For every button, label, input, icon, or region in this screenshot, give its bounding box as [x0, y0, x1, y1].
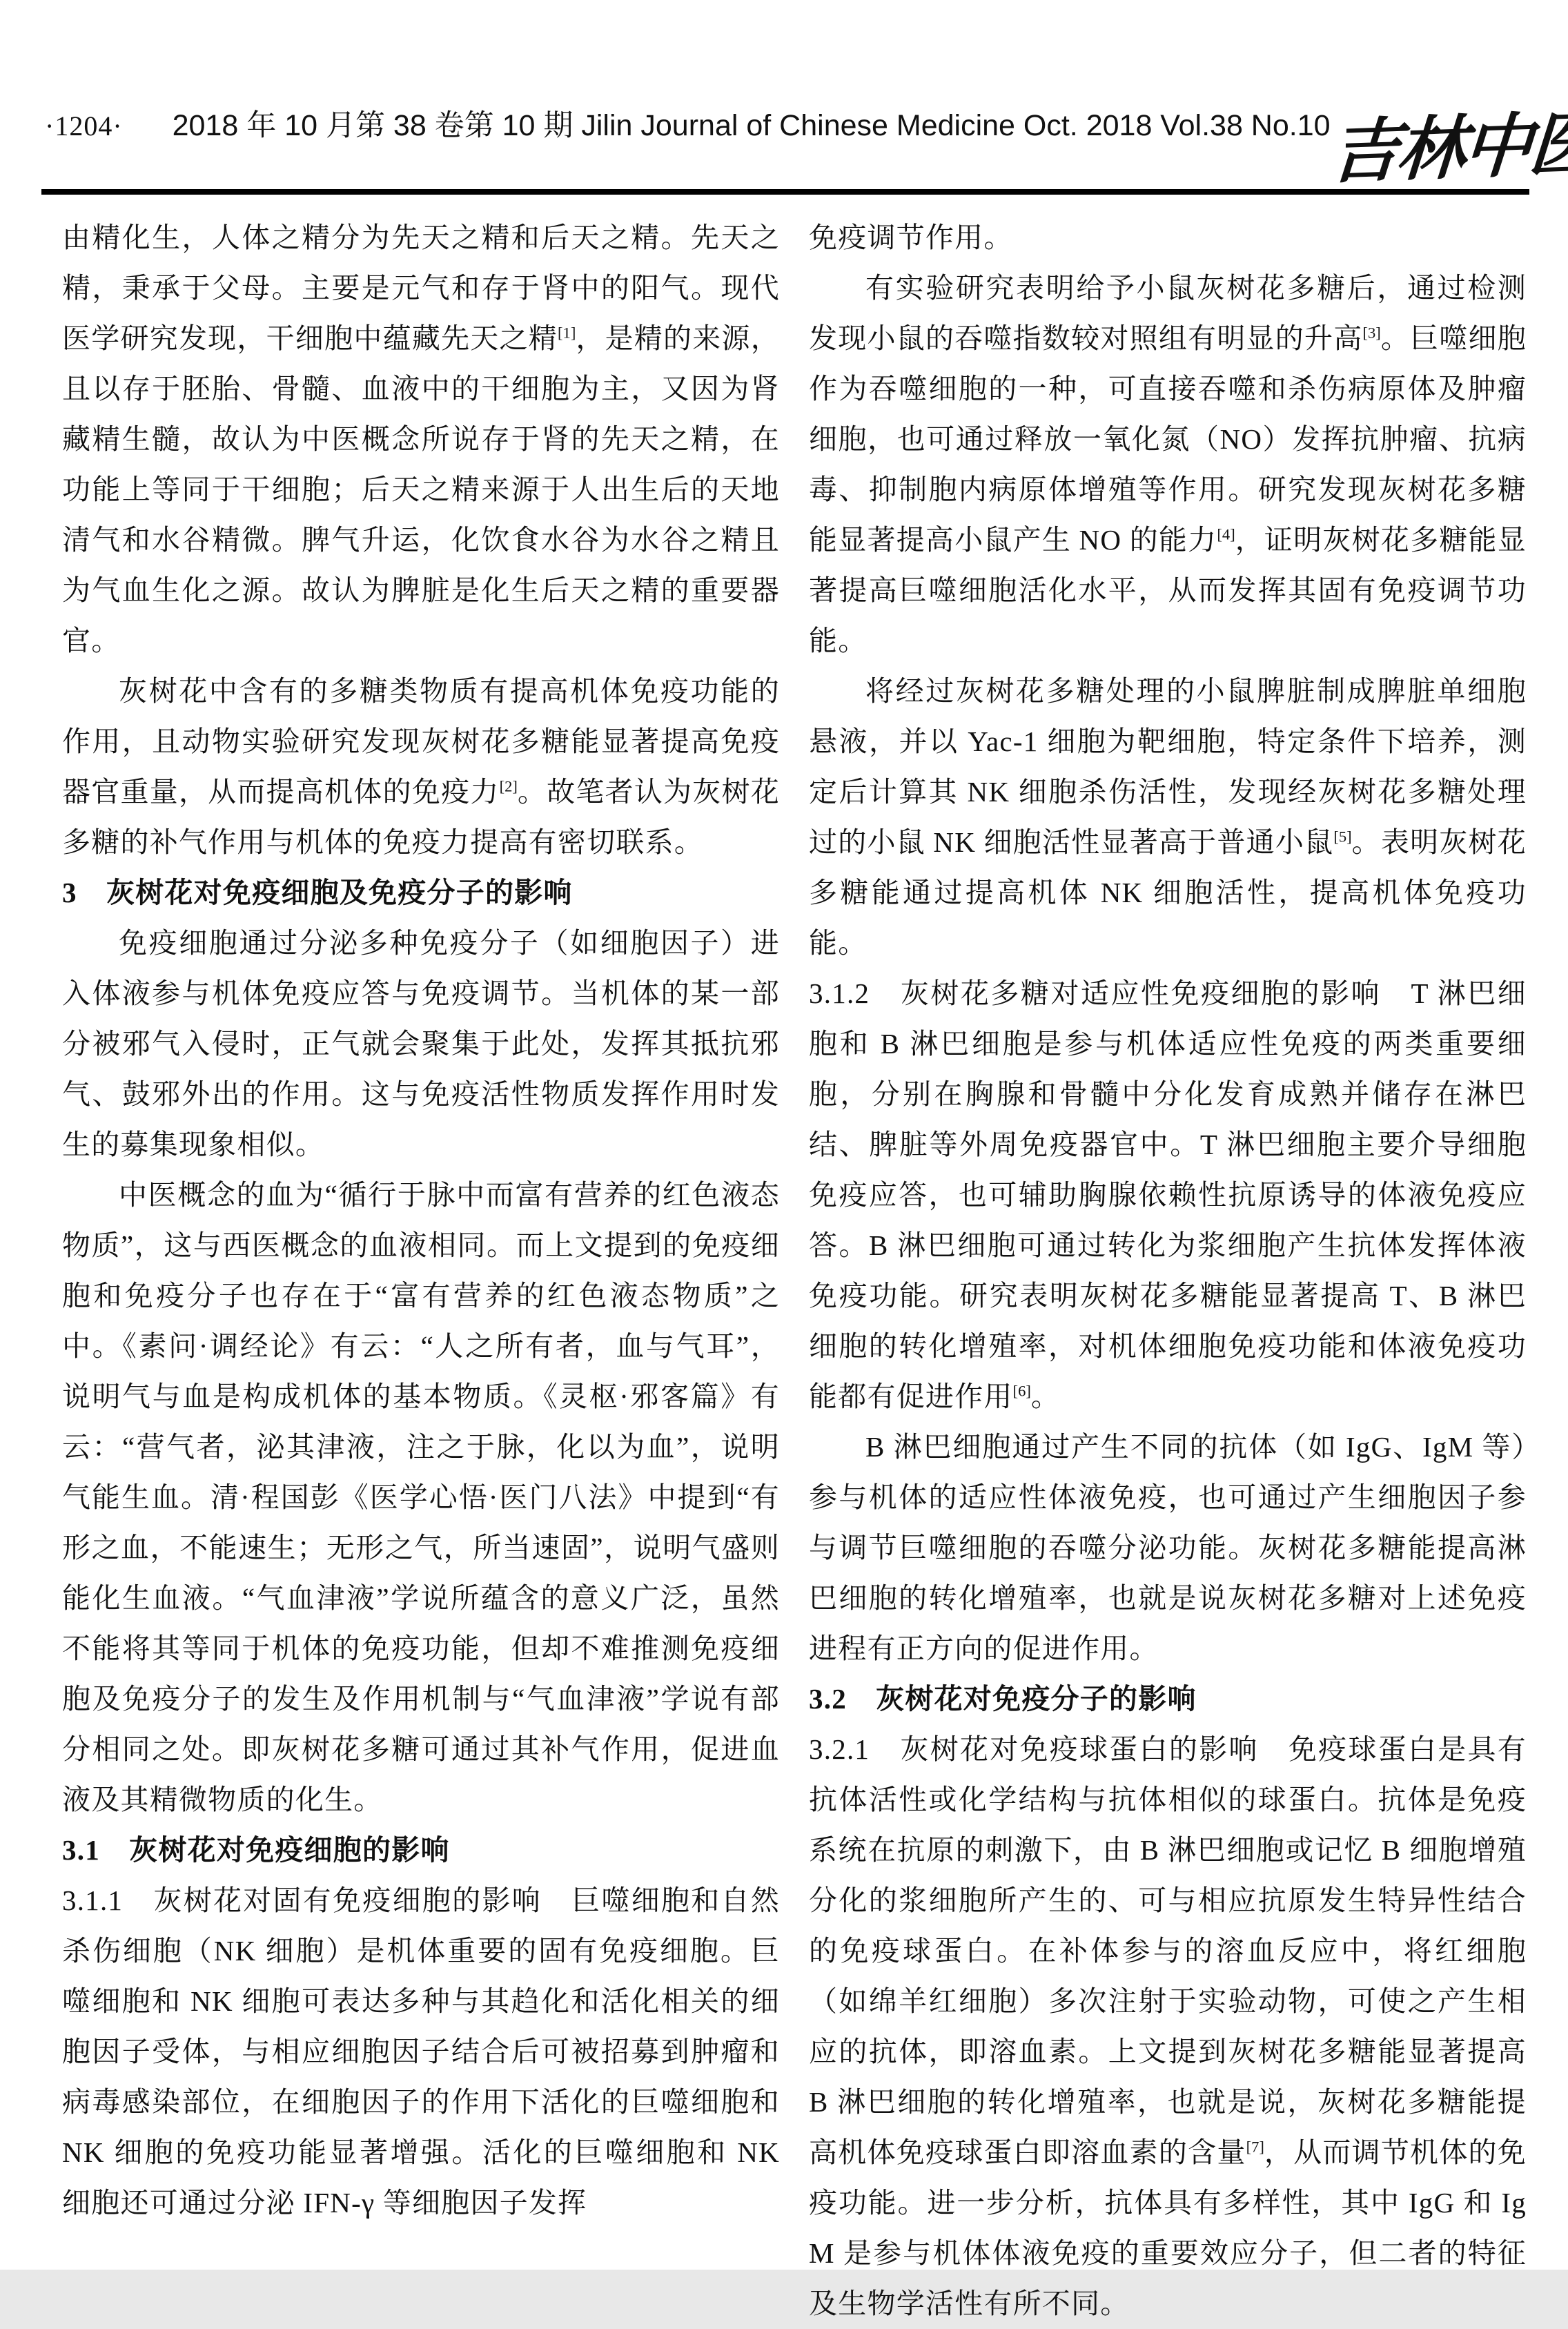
- paragraph: 灰树花中含有的多糖类物质有提高机体免疫功能的作用，且动物实验研究发现灰树花多糖能…: [62, 666, 780, 868]
- reference-superscript: [1]: [558, 324, 576, 341]
- paragraph: B 淋巴细胞通过产生不同的抗体（如 IgG、IgM 等）参与机体的适应性体液免疫…: [809, 1422, 1527, 1674]
- reference-superscript: [2]: [500, 777, 518, 795]
- reference-superscript: [4]: [1217, 525, 1235, 543]
- paragraph: 免疫细胞通过分泌多种免疫分子（如细胞因子）进入体液参与机体免疫应答与免疫调节。当…: [62, 918, 780, 1170]
- paragraph: 免疫调节作用。: [809, 213, 1527, 263]
- paragraph: 中医概念的血为“循行于脉中而富有营养的红色液态物质”，这与西医概念的血液相同。而…: [62, 1170, 780, 1825]
- reference-superscript: [3]: [1363, 324, 1381, 341]
- journal-logo-calligraphy: 吉林中医药: [1328, 106, 1568, 186]
- article-body: 由精化生，人体之精分为先天之精和后天之精。先天之精，秉承于父母。主要是元气和存于…: [62, 213, 1528, 2329]
- reference-superscript: [5]: [1333, 828, 1351, 845]
- journal-info: 2018 年 10 月第 38 卷第 10 期 Jilin Journal of…: [173, 102, 1331, 144]
- paragraph: 3.2.1 灰树花对免疫球蛋白的影响 免疫球蛋白是具有抗体活性或化学结构与抗体相…: [809, 1724, 1527, 2329]
- paragraph: 将经过灰树花多糖处理的小鼠脾脏制成脾脏单细胞悬液，并以 Yac-1 细胞为靶细胞…: [809, 666, 1527, 968]
- paragraph: 3.1.1 灰树花对固有免疫细胞的影响 巨噬细胞和自然杀伤细胞（NK 细胞）是机…: [62, 1875, 780, 2228]
- section-heading: 3.2 灰树花对免疫分子的影响: [809, 1674, 1527, 1724]
- reference-superscript: [6]: [1013, 1382, 1031, 1399]
- column-right: 免疫调节作用。有实验研究表明给予小鼠灰树花多糖后，通过检测发现小鼠的吞噬指数较对…: [809, 213, 1527, 2329]
- paragraph: 3.1.2 灰树花多糖对适应性免疫细胞的影响 T 淋巴细胞和 B 淋巴细胞是参与…: [809, 968, 1527, 1422]
- reference-superscript: [7]: [1246, 2138, 1264, 2155]
- section-heading: 3.1 灰树花对免疫细胞的影响: [62, 1825, 780, 1875]
- header-rule: [41, 189, 1529, 195]
- column-left: 由精化生，人体之精分为先天之精和后天之精。先天之精，秉承于父母。主要是元气和存于…: [62, 213, 780, 2329]
- paragraph: 有实验研究表明给予小鼠灰树花多糖后，通过检测发现小鼠的吞噬指数较对照组有明显的升…: [809, 263, 1527, 666]
- section-heading: 3 灰树花对免疫细胞及免疫分子的影响: [62, 868, 780, 918]
- journal-page: ·1204· 2018 年 10 月第 38 卷第 10 期 Jilin Jou…: [0, 0, 1568, 2270]
- paragraph: 由精化生，人体之精分为先天之精和后天之精。先天之精，秉承于父母。主要是元气和存于…: [62, 213, 780, 666]
- page-header: ·1204· 2018 年 10 月第 38 卷第 10 期 Jilin Jou…: [45, 102, 1529, 171]
- page-number: ·1204·: [45, 110, 123, 142]
